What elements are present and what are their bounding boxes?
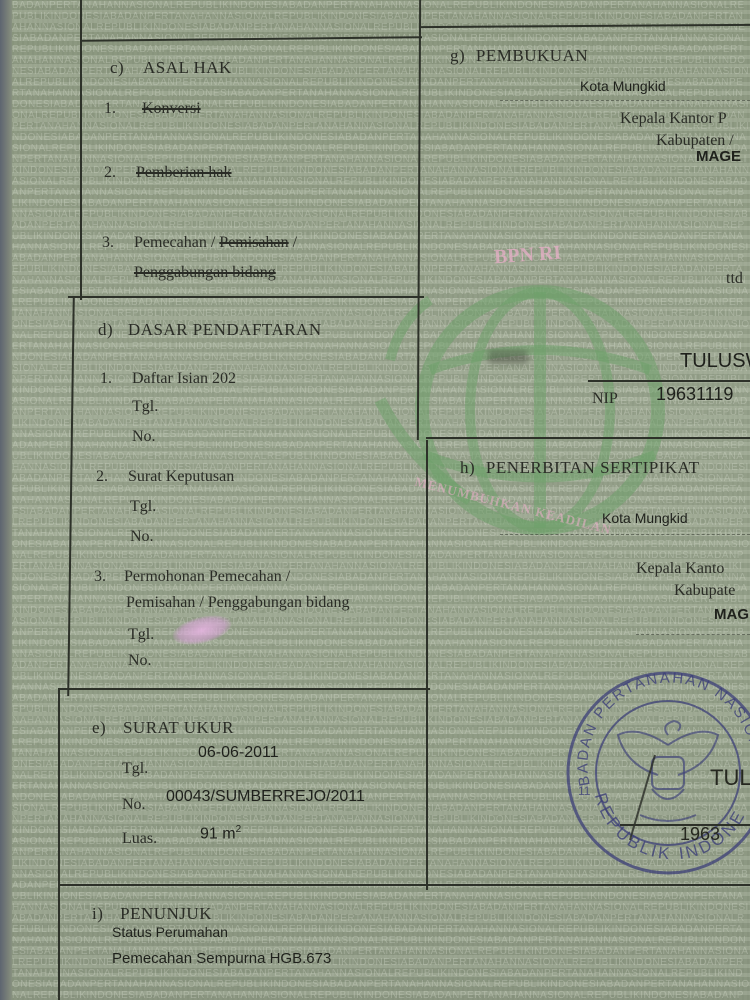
- rule-e-i: [58, 884, 750, 886]
- certificate-paper: [12, 0, 750, 1000]
- section-d-title: DASAR PENDAFTARAN: [128, 320, 322, 339]
- dasar-3-tgl-label: Tgl.: [128, 626, 154, 644]
- surat-ukur-luas-label: Luas.: [122, 830, 157, 848]
- penerbitan-office-3: MAG: [714, 606, 749, 623]
- pembukuan-date-line: [500, 100, 750, 101]
- pembukuan-ttd: ttd: [726, 270, 743, 288]
- section-h-label: h): [460, 458, 475, 477]
- dasar-3-line2: Pemisahan / Penggabungan bidang: [126, 594, 350, 612]
- asal-hak-item-2: 2. Pemberian hak: [104, 164, 232, 182]
- pembukuan-signer: TULUSW: [680, 350, 750, 373]
- redacted-smudge: [488, 350, 528, 364]
- penerbitan-office-2: Kabupate: [674, 582, 735, 600]
- surat-ukur-no-value: 00043/SUMBERREJO/2011: [166, 788, 365, 806]
- asal-hak-item-1: 1. Konversi: [104, 100, 201, 118]
- section-e: e) SURAT UKUR: [92, 718, 234, 738]
- asal-hak-konversi: Konversi: [142, 100, 201, 117]
- section-c: c) ASAL HAK: [110, 58, 232, 78]
- penerbitan-ttd-line: [636, 634, 750, 635]
- section-c-title: ASAL HAK: [143, 58, 232, 77]
- dasar-1-tgl-label: Tgl.: [132, 398, 158, 416]
- pembukuan-office-3: MAGE: [696, 148, 741, 165]
- section-d: d) DASAR PENDAFTARAN: [98, 320, 322, 340]
- section-e-label: e): [92, 718, 106, 737]
- section-g-label: g): [450, 46, 465, 65]
- dasar-item-3: 3. Permohonan Pemecahan /: [94, 568, 290, 586]
- section-d-label: d): [98, 320, 113, 339]
- penunjuk-line2: Pemecahan Sempurna HGB.673: [112, 950, 331, 967]
- rule-g-h: [426, 437, 750, 439]
- penerbitan-date-line: [500, 534, 750, 535]
- section-e-title: SURAT UKUR: [123, 718, 234, 737]
- asal-hak-pemecahan: Pemecahan /: [134, 234, 219, 251]
- dasar-2-no-label: No.: [130, 528, 154, 546]
- section-g: g) PEMBUKUAN: [450, 46, 588, 66]
- asal-hak-item-3: 3. Pemecahan / Pemisahan /: [102, 234, 297, 252]
- section-h: h) PENERBITAN SERTIPIKAT: [460, 458, 699, 478]
- pembukuan-nip-value: 19631119: [656, 384, 733, 405]
- dasar-2-tgl-label: Tgl.: [130, 498, 156, 516]
- dasar-1-no-label: No.: [132, 428, 156, 446]
- left-border-top: [80, 0, 82, 300]
- section-i: i) PENUNJUK: [92, 904, 212, 924]
- section-i-title: PENUNJUK: [120, 904, 212, 923]
- section-i-label: i): [92, 904, 103, 923]
- surat-ukur-tgl-value: 06-06-2011: [198, 744, 279, 762]
- surat-ukur-luas-value: 91 m2: [200, 824, 241, 843]
- pembukuan-place: Kota Mungkid: [580, 78, 666, 94]
- dasar-item-1: 1. Daftar Isian 202: [100, 370, 236, 388]
- signature-rule-g: [588, 380, 750, 382]
- left-border-bottom: [58, 688, 60, 1000]
- pembukuan-nip-label: NIP: [592, 390, 618, 408]
- center-divider-bottom: [426, 440, 428, 890]
- pembukuan-office-1: Kepala Kantor P: [620, 110, 727, 128]
- surat-ukur-tgl-label: Tgl.: [122, 760, 148, 778]
- section-c-label: c): [110, 58, 124, 77]
- surat-ukur-no-label: No.: [122, 796, 146, 814]
- asal-hak-pemberian: Pemberian hak: [136, 164, 232, 181]
- asal-hak-pemisahan: Pemisahan: [219, 234, 288, 251]
- asal-hak-penggabungan: Penggabungan bidang: [134, 264, 276, 282]
- penerbitan-office-1: Kepala Kanto: [636, 560, 724, 578]
- section-h-title: PENERBITAN SERTIPIKAT: [486, 458, 700, 477]
- rule-d-e: [58, 688, 430, 690]
- dasar-3-no-label: No.: [128, 652, 152, 670]
- penunjuk-line1: Status Perumahan: [112, 924, 228, 940]
- dasar-item-2: 2. Surat Keputusan: [96, 468, 234, 486]
- penerbitan-place: Kota Mungkid: [602, 510, 688, 526]
- section-g-title: PEMBUKUAN: [476, 46, 588, 65]
- rule-c-d: [68, 296, 424, 298]
